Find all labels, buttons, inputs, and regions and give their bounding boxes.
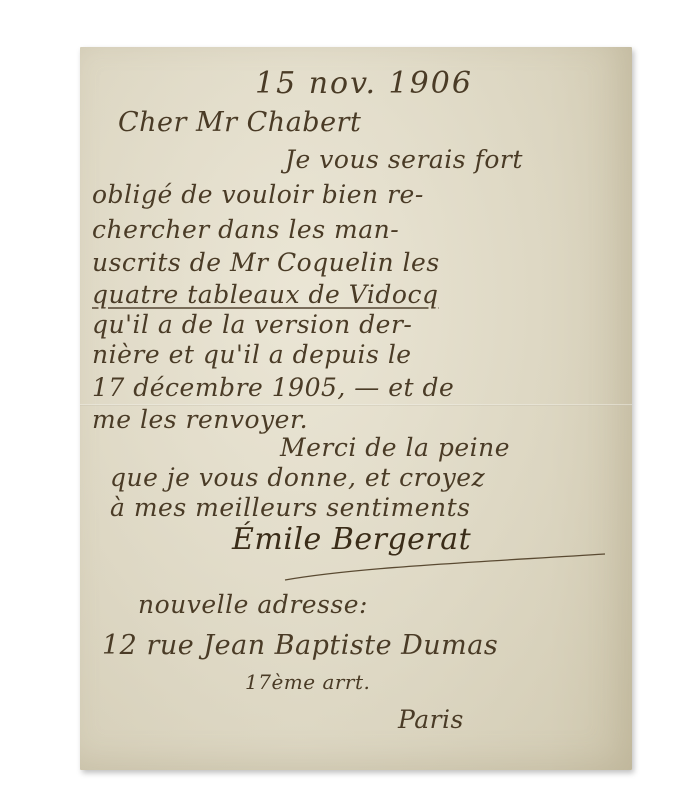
body-line-9: me les renvoyer. (92, 407, 308, 432)
body-line-4: uscrits de Mr Coquelin les (92, 250, 440, 275)
address-line-1: 12 rue Jean Baptiste Dumas (102, 632, 498, 659)
body-line-2: obligé de vouloir bien re- (92, 182, 424, 207)
body-line-1: Je vous serais fort (285, 147, 523, 172)
letter-paper: 15 nov. 1906 Cher Mr Chabert Je vous ser… (80, 47, 632, 770)
signature: Émile Bergerat (232, 525, 471, 555)
closing-line-2: que je vous donne, et croyez (110, 465, 485, 490)
salutation: Cher Mr Chabert (118, 109, 361, 136)
closing-line-1: Merci de la peine (280, 435, 510, 460)
body-line-5: quatre tableaux de Vidocq (92, 282, 438, 307)
letter-date: 15 nov. 1906 (255, 69, 473, 99)
closing-line-3: à mes meilleurs sentiments (110, 495, 471, 520)
address-line-3: Paris (398, 707, 464, 732)
body-line-6: qu'il a de la version der- (92, 312, 412, 337)
body-line-8: 17 décembre 1905, — et de (92, 375, 454, 400)
address-line-2: 17ème arrt. (245, 672, 370, 692)
body-line-7: nière et qu'il a depuis le (92, 342, 412, 367)
body-line-3: chercher dans les man- (92, 217, 399, 242)
address-label: nouvelle adresse: (138, 592, 368, 617)
signature-flourish (280, 552, 610, 582)
